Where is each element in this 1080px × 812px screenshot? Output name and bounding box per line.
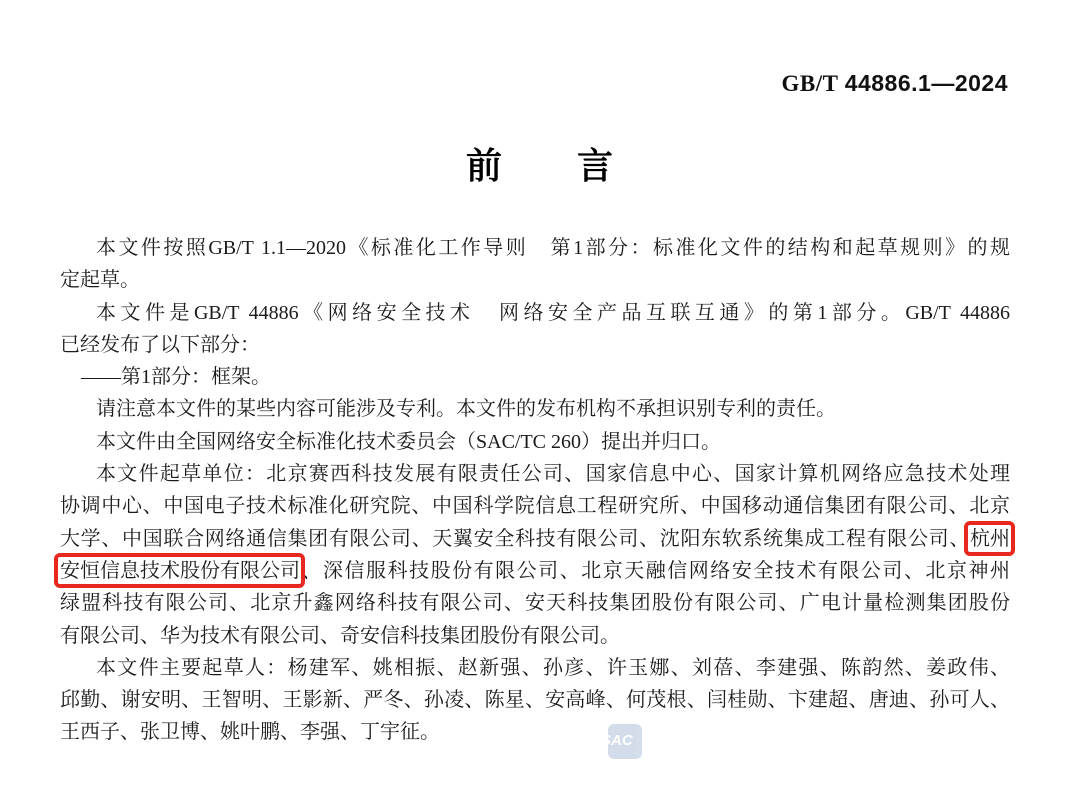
text-line: 协调中心、中国电子技术标准化研究院、中国科学院信息工程研究所、中国移动通信集团有… — [60, 490, 1010, 522]
text-line: 本文件按照GB/T 1.1—2020《标准化工作导则 第1部分：标准化文件的结构… — [60, 232, 1010, 264]
text-line: 本文件起草单位：北京赛西科技发展有限责任公司、国家信息中心、国家计算机网络应急技… — [60, 458, 1010, 490]
sac-watermark-text: SAC — [601, 732, 633, 749]
text-line: 有限公司、华为技术有限公司、奇安信科技集团股份有限公司。 — [60, 620, 1010, 652]
text-segment: 有限公司、华为技术有限公司、奇安信科技集团股份有限公司。 — [60, 625, 620, 647]
document-page: GB/T 44886.1—2024 前 言 本文件按照GB/T 1.1—2020… — [0, 0, 1080, 812]
text-line: 邱勤、谢安明、王智明、王影新、严冬、孙凌、陈星、安高峰、何茂根、闫桂勋、卞建超、… — [60, 684, 1010, 716]
text-line: 绿盟科技有限公司、北京升鑫网络科技有限公司、安天科技集团股份有限公司、广电计量检… — [60, 587, 1010, 619]
text-line: 大学、中国联合网络通信集团有限公司、天翼安全科技有限公司、沈阳东软系统集成工程有… — [60, 523, 1010, 555]
text-segment: 本文件由全国网络安全标准化技术委员会（SAC/TC 260）提出并归口。 — [96, 431, 721, 453]
text-segment: 王西子、张卫博、姚叶鹏、李强、丁宇征。 — [60, 721, 440, 743]
text-line: ——第1部分：框架。 — [60, 361, 1010, 393]
sac-watermark-logo: SAC — [608, 724, 642, 759]
text-segment: 本文件是GB/T 44886《网络安全技术 网络安全产品互联互通》的第1部分。G… — [96, 302, 1010, 324]
standard-code-number: 44886.1—2024 — [845, 70, 1008, 96]
text-segment: ——第1部分：框架。 — [81, 366, 271, 388]
text-segment: 本文件起草单位：北京赛西科技发展有限责任公司、国家信息中心、国家计算机网络应急技… — [96, 463, 1010, 485]
highlight-box: 安恒信息技术股份有限公司 — [60, 555, 300, 587]
text-segment: 本文件按照GB/T 1.1—2020《标准化工作导则 第1部分：标准化文件的结构… — [96, 237, 1010, 259]
text-line: 本文件由全国网络安全标准化技术委员会（SAC/TC 260）提出并归口。 — [60, 426, 1010, 458]
text-segment: 请注意本文件的某些内容可能涉及专利。本文件的发布机构不承担识别专利的责任。 — [96, 398, 836, 420]
highlight-box: 杭州 — [970, 523, 1010, 555]
text-segment: 大学、中国联合网络通信集团有限公司、天翼安全科技有限公司、沈阳东软系统集成工程有… — [60, 528, 970, 550]
text-segment: 绿盟科技有限公司、北京升鑫网络科技有限公司、安天科技集团股份有限公司、广电计量检… — [60, 592, 1010, 614]
text-segment: 定起草。 — [60, 269, 140, 291]
text-line: 请注意本文件的某些内容可能涉及专利。本文件的发布机构不承担识别专利的责任。 — [60, 393, 1010, 425]
text-segment: 邱勤、谢安明、王智明、王影新、严冬、孙凌、陈星、安高峰、何茂根、闫桂勋、卞建超、… — [60, 689, 1010, 711]
text-line: 本文件主要起草人：杨建军、姚相振、赵新强、孙彦、许玉娜、刘蓓、李建强、陈韵然、姜… — [60, 652, 1010, 684]
text-line: 王西子、张卫博、姚叶鹏、李强、丁宇征。 — [60, 716, 1010, 748]
standard-code-prefix: GB/T — [781, 71, 838, 96]
standard-code: GB/T 44886.1—2024 — [781, 70, 1008, 97]
text-line: 已经发布了以下部分： — [60, 329, 1010, 361]
text-line: 本文件是GB/T 44886《网络安全技术 网络安全产品互联互通》的第1部分。G… — [60, 297, 1010, 329]
text-segment: 协调中心、中国电子技术标准化研究院、中国科学院信息工程研究所、中国移动通信集团有… — [60, 495, 1010, 517]
text-segment: 、深信服科技股份有限公司、北京天融信网络安全技术有限公司、北京神州 — [300, 560, 1010, 582]
text-line: 安恒信息技术股份有限公司、深信服科技股份有限公司、北京天融信网络安全技术有限公司… — [60, 555, 1010, 587]
text-segment: 已经发布了以下部分： — [60, 334, 260, 356]
text-line: 定起草。 — [60, 264, 1010, 296]
document-body: 本文件按照GB/T 1.1—2020《标准化工作导则 第1部分：标准化文件的结构… — [60, 232, 1010, 749]
page-title: 前 言 — [0, 138, 1080, 189]
text-segment: 本文件主要起草人：杨建军、姚相振、赵新强、孙彦、许玉娜、刘蓓、李建强、陈韵然、姜… — [96, 657, 1010, 679]
